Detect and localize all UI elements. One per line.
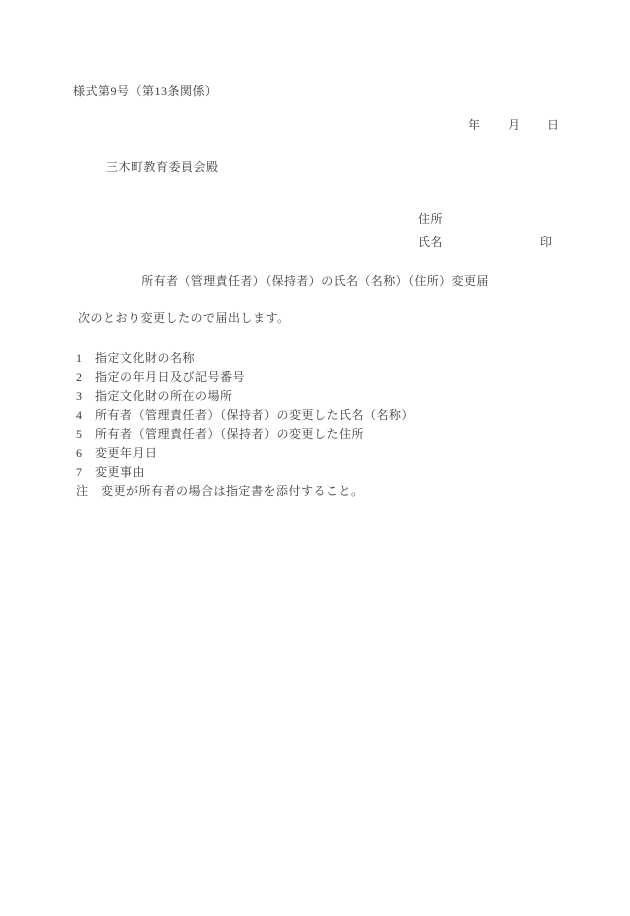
address-label: 住所 <box>418 213 443 225</box>
item-text: 変更年月日 <box>95 447 158 459</box>
item-text: 指定文化財の所在の場所 <box>95 390 233 402</box>
document-title: 所有者（管理責任者）（保持者）の氏名（名称）（住所）変更届 <box>0 275 630 287</box>
item-text: 所有者（管理責任者）（保持者）の変更した氏名（名称） <box>95 409 414 421</box>
name-label: 氏名 <box>418 236 443 248</box>
list-item: 7 変更事由 <box>0 466 630 485</box>
item-number: 6 <box>76 447 83 459</box>
item-text: 指定文化財の名称 <box>95 352 195 364</box>
note-row: 注 変更が所有者の場合は指定書を添付すること。 <box>0 485 630 504</box>
list-item: 5 所有者（管理責任者）（保持者）の変更した住所 <box>0 428 630 447</box>
intro-text: 次のとおり変更したので届出します。 <box>78 312 290 324</box>
list-item: 2 指定の年月日及び記号番号 <box>0 371 630 390</box>
date-month-label: 月 <box>508 119 521 131</box>
item-number: 1 <box>76 352 83 364</box>
note-label: 注 <box>76 485 89 497</box>
item-number: 7 <box>76 466 83 478</box>
list-item: 3 指定文化財の所在の場所 <box>0 390 630 409</box>
note-text: 変更が所有者の場合は指定書を添付すること。 <box>101 485 364 497</box>
date-year-label: 年 <box>468 119 481 131</box>
item-number: 5 <box>76 428 83 440</box>
list-item: 4 所有者（管理責任者）（保持者）の変更した氏名（名称） <box>0 409 630 428</box>
item-number: 3 <box>76 390 83 402</box>
form-number: 様式第9号（第13条関係） <box>73 85 218 97</box>
addressee: 三木町教育委員会殿 <box>106 161 219 173</box>
item-text: 指定の年月日及び記号番号 <box>95 371 245 383</box>
date-day-label: 日 <box>547 119 560 131</box>
document-page: 様式第9号（第13条関係） 年 月 日 三木町教育委員会殿 住所 氏名 印 所有… <box>0 0 630 916</box>
item-text: 所有者（管理責任者）（保持者）の変更した住所 <box>95 428 364 440</box>
item-number: 4 <box>76 409 83 421</box>
seal-label: 印 <box>540 236 553 248</box>
list-item: 1 指定文化財の名称 <box>0 352 630 371</box>
item-text: 変更事由 <box>95 466 145 478</box>
item-list: 1 指定文化財の名称 2 指定の年月日及び記号番号 3 指定文化財の所在の場所 … <box>0 352 630 485</box>
list-item: 6 変更年月日 <box>0 447 630 466</box>
item-number: 2 <box>76 371 83 383</box>
